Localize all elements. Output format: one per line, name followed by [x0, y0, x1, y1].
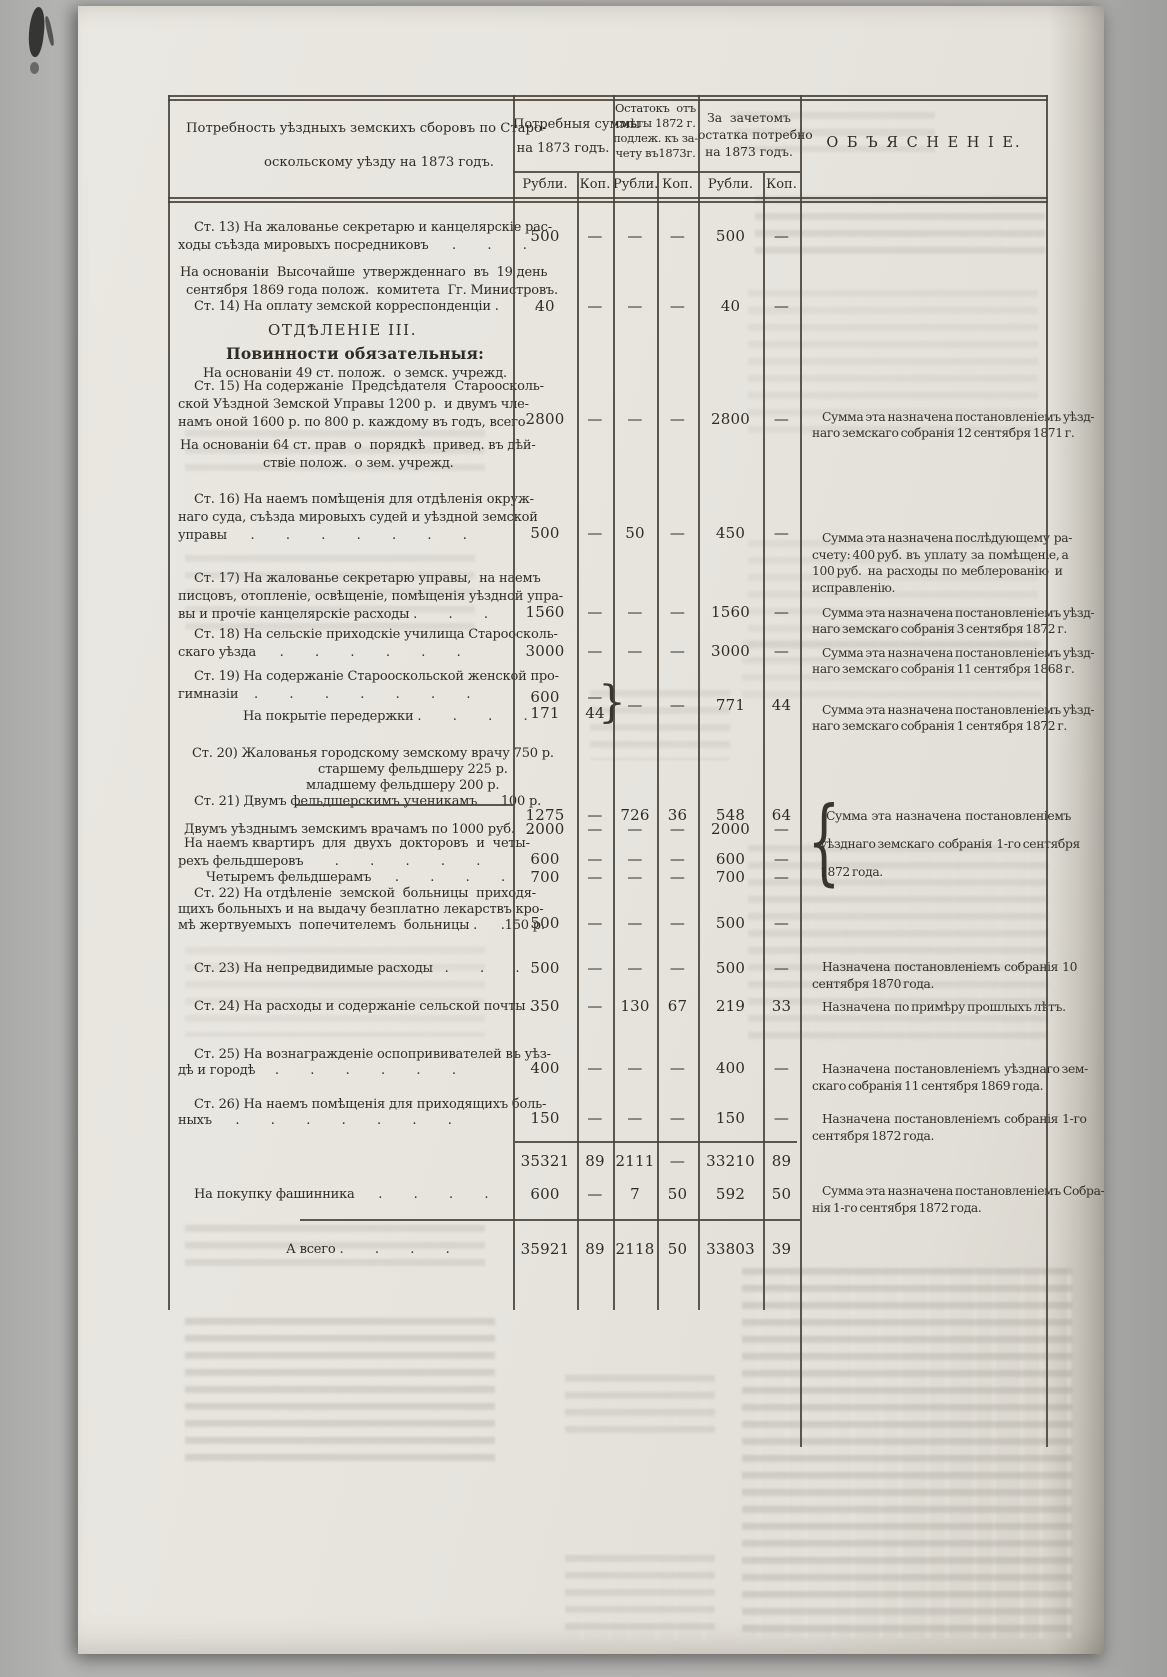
- amount-cell: 35321: [513, 1153, 577, 1169]
- amount-cell: —: [763, 643, 800, 659]
- row-description-line: На основаніи 64 ст. прав о порядкѣ приве…: [180, 437, 536, 455]
- amount-cell: —: [613, 228, 657, 244]
- explanation-line: Сумма эта назначена постановленіемъ уѣзд…: [822, 606, 1094, 620]
- amount-cell: 500: [513, 525, 577, 541]
- row-description-line: На основаніи Высочайше утвержденнаго въ …: [180, 264, 547, 282]
- row-description-line: ныхъ . . . . . . .: [178, 1112, 452, 1130]
- amount-cell: —: [577, 851, 613, 867]
- explanation-line: счету: 400 руб. въ уплату за помѣщеніе, …: [812, 548, 1068, 562]
- scan-edge-artifact: [30, 62, 39, 74]
- amount-cell: 50: [613, 525, 657, 541]
- row-description-line: управы . . . . . . .: [178, 527, 467, 545]
- row-description-line: Ст. 21) Двумъ фельдшерскимъ ученикамъ 10…: [194, 793, 541, 811]
- amount-cell: 2111: [613, 1153, 657, 1169]
- amount-cell: 35921: [513, 1241, 577, 1257]
- amount-cell: 3000: [513, 643, 577, 659]
- amount-cell: 130: [613, 998, 657, 1014]
- row-description-line: мѣ жертвуемыхъ попечителемъ больницы . .…: [178, 917, 545, 935]
- amount-cell: 219: [698, 998, 763, 1014]
- row-description-line: Ст. 23) На непредвидимые расходы . . .: [194, 960, 519, 978]
- explanation-line: нія 1-го сентября 1872 года.: [812, 1201, 981, 1215]
- amount-cell: 40: [698, 298, 763, 314]
- row-description-line: намъ оной 1600 р. по 800 р. каждому въ г…: [178, 414, 525, 432]
- amount-cell: 2000: [698, 821, 763, 837]
- column-group-header: Потребныя суммы: [513, 117, 613, 132]
- table-border-line: [800, 95, 802, 1447]
- amount-cell: 500: [698, 960, 763, 976]
- amount-cell: —: [763, 228, 800, 244]
- amount-cell: 33210: [698, 1153, 763, 1169]
- explanation-line: наго земскаго собранія 12 сентября 1871 …: [812, 426, 1074, 440]
- unit-header-rubles: Рубли.: [613, 177, 657, 192]
- amount-cell: —: [613, 869, 657, 885]
- table-border-line: [168, 201, 1048, 203]
- row-description-line: Ст. 15) На содержаніе Предсѣдателя Старо…: [194, 378, 544, 396]
- explanation-line: сентября 1870 года.: [812, 977, 934, 991]
- amount-cell: —: [657, 525, 698, 541]
- amount-cell: —: [577, 604, 613, 620]
- row-description-line: На наемъ квартиръ для двухъ докторовъ и …: [184, 835, 530, 853]
- amount-cell: 450: [698, 525, 763, 541]
- amount-cell: —: [657, 604, 698, 620]
- column-group-header: смѣты 1872 г.: [613, 116, 698, 130]
- amount-cell: —: [657, 697, 698, 713]
- amount-cell: —: [657, 821, 698, 837]
- amount-cell: 50: [763, 1186, 800, 1202]
- amount-cell: —: [763, 869, 800, 885]
- explanation-line: исправленію.: [812, 581, 895, 595]
- column-group-header: чету въ1873г.: [613, 146, 698, 160]
- row-description-line: Повинности обязательныя:: [226, 345, 484, 363]
- amount-cell: —: [763, 604, 800, 620]
- amount-cell: 7: [613, 1186, 657, 1202]
- row-description-line: ской Уѣздной Земской Управы 1200 р. и дв…: [178, 396, 529, 414]
- amount-cell: —: [577, 643, 613, 659]
- amount-cell: —: [657, 869, 698, 885]
- row-description-line: скаго уѣзда . . . . . .: [178, 644, 461, 662]
- explanation-line: Сумма эта назначена послѣдующему ра-: [822, 531, 1072, 545]
- amount-cell: 771: [698, 697, 763, 713]
- explanation-line: Сумма эта назначена постановленіемъ уѣзд…: [822, 703, 1094, 717]
- row-description-line: вы и прочіе канцелярскіе расходы . . .: [178, 606, 488, 624]
- unit-header-rubles: Рубли.: [698, 177, 763, 192]
- amount-cell: 39: [763, 1241, 800, 1257]
- row-description-line: ствіе полож. о зем. учрежд.: [263, 455, 454, 473]
- amount-cell: —: [613, 851, 657, 867]
- amount-cell: —: [763, 821, 800, 837]
- row-description-line: наго суда, съѣзда мировыхъ судей и уѣздн…: [178, 509, 538, 527]
- row-description-line: Ст. 18) На сельскіе приходскіе училища С…: [194, 626, 558, 644]
- row-description-line: ОТДѢЛЕНІЕ III.: [268, 321, 417, 339]
- unit-header-rubles: Рубли.: [513, 177, 577, 192]
- amount-cell: 2118: [613, 1241, 657, 1257]
- column-group-header: подлеж. къ за-: [613, 131, 698, 145]
- amount-cell: 600: [513, 851, 577, 867]
- amount-cell: 33: [763, 998, 800, 1014]
- amount-cell: 400: [698, 1060, 763, 1076]
- sum-rule-line: [296, 804, 513, 806]
- amount-cell: 600 171: [513, 689, 577, 721]
- table-border-line: [1046, 95, 1048, 1447]
- unit-header-kopecks: Коп.: [577, 177, 613, 192]
- explanation-line: Сумма эта назначена постановленіемъ: [826, 809, 1071, 823]
- amount-cell: 150: [698, 1110, 763, 1126]
- row-description-line: Ст. 16) На наемъ помѣщенія для отдѣленія…: [194, 491, 534, 509]
- row-description-line: А всего . . . .: [286, 1241, 450, 1259]
- explanation-line: Сумма эта назначена постановленіемъ уѣзд…: [822, 646, 1094, 660]
- explanation-line: Сумма эта назначена постановленіемъ уѣзд…: [822, 410, 1094, 424]
- amount-cell: 350: [513, 998, 577, 1014]
- column-group-header: на 1873 годъ.: [513, 141, 613, 156]
- amount-cell: 500: [513, 228, 577, 244]
- amount-cell: —: [763, 298, 800, 314]
- explanation-line: наго земскаго собранія 11 сентября 1868 …: [812, 662, 1074, 676]
- table-border-line: [168, 99, 1048, 101]
- amount-cell: —: [577, 998, 613, 1014]
- explanation-line: Назначена по примѣру прошлыхъ лѣтъ.: [822, 1000, 1066, 1014]
- row-description-line: Ст. 13) На жалованье секретарю и канцеля…: [194, 219, 552, 237]
- expense-table: Потребность уѣздныхъ земскихъ сборовъ по…: [168, 95, 1050, 1460]
- sum-rule-line: [515, 1141, 797, 1143]
- amount-cell: —: [657, 228, 698, 244]
- amount-cell: 500: [698, 915, 763, 931]
- amount-cell: —: [613, 1110, 657, 1126]
- amount-cell: 700: [513, 869, 577, 885]
- scan-edge-artifact: [26, 6, 47, 57]
- amount-cell: 592: [698, 1186, 763, 1202]
- row-description-line: дѣ и городѣ . . . . . .: [178, 1062, 456, 1080]
- row-description-line: Ст. 14) На оплату земской корреспонденці…: [194, 298, 538, 316]
- amount-cell: 89: [577, 1241, 613, 1257]
- amount-cell: 600: [698, 851, 763, 867]
- amount-cell: 33803: [698, 1241, 763, 1257]
- table-border-line: [168, 197, 1048, 199]
- sum-rule-line: [300, 1219, 800, 1221]
- amount-cell: —: [577, 1186, 613, 1202]
- amount-cell: —: [763, 915, 800, 931]
- amount-cell: 400: [513, 1060, 577, 1076]
- table-border-line: [577, 173, 579, 1310]
- explanation-line: наго земскаго собранія 3 сентября 1872 г…: [812, 622, 1067, 636]
- amount-cell: —: [613, 1060, 657, 1076]
- amount-cell: 500: [513, 960, 577, 976]
- table-border-line: [698, 95, 700, 1310]
- amount-cell: —: [613, 604, 657, 620]
- explanation-line: Сумма эта назначена постановленіемъ Собр…: [822, 1184, 1104, 1198]
- explanation-line: наго земскаго собранія 1 сентября 1872 г…: [812, 719, 1067, 733]
- amount-cell: —: [577, 960, 613, 976]
- explanation-line: скаго собранія 11 сентября 1869 года.: [812, 1079, 1043, 1093]
- amount-cell: —: [763, 1110, 800, 1126]
- table-border-line: [168, 95, 1048, 97]
- amount-cell: 1560: [513, 604, 577, 620]
- amount-cell: 44: [763, 697, 800, 713]
- amount-cell: 40: [513, 298, 577, 314]
- amount-cell: —: [763, 960, 800, 976]
- table-border-line: [168, 95, 170, 1310]
- table-border-line: [657, 173, 659, 1310]
- amount-cell: 500: [513, 915, 577, 931]
- row-description-line: На покрытіе передержки . . . .: [243, 708, 527, 726]
- amount-cell: —: [657, 960, 698, 976]
- amount-cell: —: [613, 821, 657, 837]
- amount-cell: —: [657, 915, 698, 931]
- amount-cell: —: [613, 298, 657, 314]
- amount-cell: —: [613, 915, 657, 931]
- amount-cell: —: [613, 411, 657, 427]
- row-description-line: писцовъ, отопленіе, освѣщеніе, помѣщенія…: [178, 588, 563, 606]
- amount-cell: —: [657, 1153, 698, 1169]
- amount-cell: —: [577, 821, 613, 837]
- amount-cell: —: [763, 411, 800, 427]
- amount-cell: —: [657, 851, 698, 867]
- amount-cell: —: [657, 1060, 698, 1076]
- table-border-line: [763, 173, 765, 1310]
- amount-cell: 67: [657, 998, 698, 1014]
- amount-cell: 150: [513, 1110, 577, 1126]
- amount-cell: 500: [698, 228, 763, 244]
- amount-cell: 89: [577, 1153, 613, 1169]
- amount-cell: 50: [657, 1186, 698, 1202]
- amount-cell: 2800: [698, 411, 763, 427]
- amount-cell: —: [577, 1060, 613, 1076]
- column-group-header: на 1873 годъ.: [698, 145, 800, 160]
- amount-cell: —: [577, 228, 613, 244]
- amount-cell: —: [613, 643, 657, 659]
- amount-cell: 50: [657, 1241, 698, 1257]
- amount-cell: —: [577, 869, 613, 885]
- amount-cell: —: [577, 525, 613, 541]
- amount-cell: —: [657, 411, 698, 427]
- row-description-line: Ст. 17) На жалованье секретарю управы, н…: [194, 570, 541, 588]
- explanation-line: 100 руб. на расходы по меблерованію и: [812, 564, 1063, 578]
- amount-cell: 3000: [698, 643, 763, 659]
- amount-cell: —: [763, 1060, 800, 1076]
- amount-cell: —: [657, 643, 698, 659]
- amount-cell: —: [577, 298, 613, 314]
- amount-cell: 600: [513, 1186, 577, 1202]
- row-description-line: ходы съѣзда мировыхъ посредниковъ . . .: [178, 237, 527, 255]
- amount-cell: —: [577, 915, 613, 931]
- amount-cell: 1560: [698, 604, 763, 620]
- column-group-header: Остатокъ отъ: [613, 101, 698, 115]
- amount-cell: —: [577, 411, 613, 427]
- column-group-header: остатка потребно: [698, 128, 800, 143]
- grouping-brace: }: [598, 681, 626, 725]
- table-border-line: [613, 95, 615, 1310]
- explanation-line: сентября 1872 года.: [812, 1129, 934, 1143]
- row-description-line: гимназіи . . . . . . .: [178, 686, 470, 704]
- amount-cell: —: [657, 1110, 698, 1126]
- amount-cell: —: [763, 525, 800, 541]
- amount-cell: —: [613, 960, 657, 976]
- amount-cell: —: [577, 1110, 613, 1126]
- amount-cell: 89: [763, 1153, 800, 1169]
- explanation-line: Назначена постановленіемъ собранія 10: [822, 960, 1077, 974]
- row-description-line: На покупку фашинника . . . .: [194, 1186, 488, 1204]
- row-description-line: Ст. 19) На содержаніе Старооскольской же…: [194, 668, 559, 686]
- unit-header-kopecks: Коп.: [657, 177, 698, 192]
- table-title-line: оскольскому уѣзду на 1873 годъ.: [264, 155, 494, 170]
- amount-cell: —: [657, 298, 698, 314]
- table-border-line: [513, 95, 515, 1310]
- scan-edge-artifact: [44, 16, 55, 46]
- explanation-line: Назначена постановленіемъ уѣзднаго зем-: [822, 1062, 1088, 1076]
- explanation-line: уѣзднаго земскаго собранія 1-го сентября: [820, 837, 1080, 851]
- table-title-line: Потребность уѣздныхъ земскихъ сборовъ по…: [186, 121, 546, 136]
- explanation-column-header: О Б Ъ Я С Н Е Н І Е.: [800, 135, 1048, 151]
- column-group-header: За зачетомъ: [698, 111, 800, 126]
- amount-cell: 2800: [513, 411, 577, 427]
- amount-cell: —: [763, 851, 800, 867]
- unit-header-kopecks: Коп.: [763, 177, 800, 192]
- scanned-document-page: Потребность уѣздныхъ земскихъ сборовъ по…: [0, 0, 1167, 1677]
- amount-cell: 700: [698, 869, 763, 885]
- row-description-line: Ст. 24) На расходы и содержаніе сельской…: [194, 998, 533, 1016]
- explanation-line: 1872 года.: [820, 865, 883, 879]
